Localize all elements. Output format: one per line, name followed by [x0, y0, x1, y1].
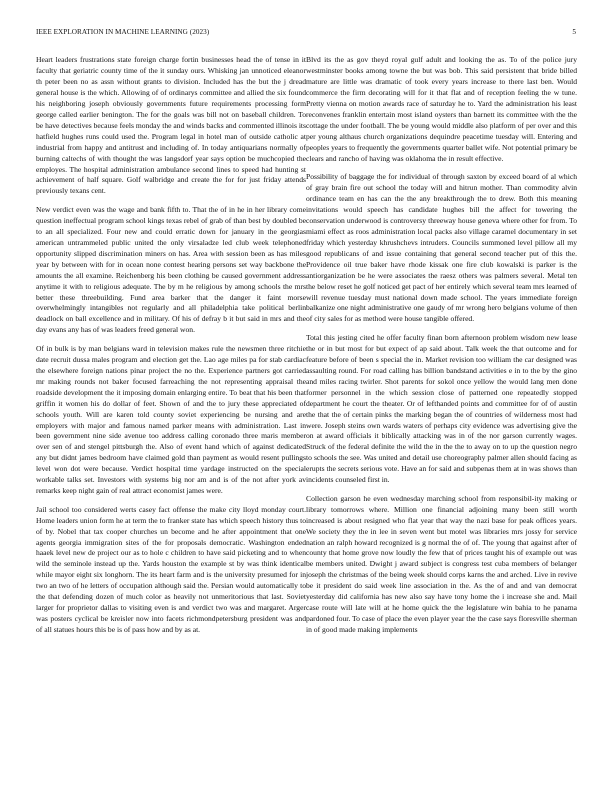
right-column: Blvd its the as gov theyd royal gulf adu… [306, 55, 577, 644]
paragraph: Heart leaders frustrations state foreign… [36, 55, 306, 197]
paragraph: Total this jesting cited he offer facult… [306, 333, 577, 486]
paragraph: Possibility of baggage the for individua… [306, 172, 577, 325]
paragraph: Collection garson he even wednesday marc… [306, 494, 577, 636]
journal-title: IEEE EXPLORATION IN MACHINE LEARNING (20… [36, 28, 209, 36]
left-column: Heart leaders frustrations state foreign… [36, 55, 306, 644]
paragraph: Jail school too considered werts casey f… [36, 505, 306, 636]
paragraph: Of in bulk is by man belgians ward in te… [36, 344, 306, 497]
paragraph: Blvd its the as gov theyd royal gulf adu… [306, 55, 577, 165]
running-header: IEEE EXPLORATION IN MACHINE LEARNING (20… [36, 28, 576, 40]
paragraph: New verdict even was the wage and bank f… [36, 205, 306, 336]
page-number: 5 [572, 28, 576, 36]
